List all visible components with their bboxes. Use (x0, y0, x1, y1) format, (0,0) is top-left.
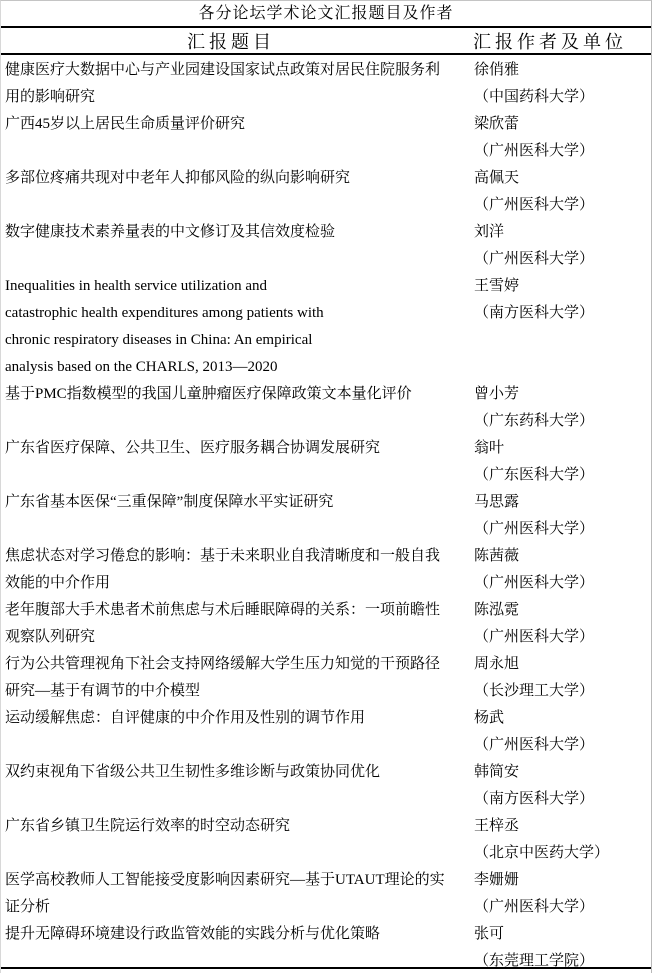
paper-title-line: catastrophic health expenditures among p… (5, 300, 453, 327)
author-name: 韩简安 (474, 759, 651, 786)
table-row: 多部位疼痛共现对中老年人抑郁风险的纵向影响研究高佩天（广州医科大学） (1, 165, 651, 219)
paper-title-line: 广东省医疗保障、公共卫生、医疗服务耦合协调发展研究 (5, 435, 453, 462)
paper-title: 广东省乡镇卫生院运行效率的时空动态研究 (1, 813, 461, 867)
paper-title: 焦虑状态对学习倦怠的影响：基于未来职业自我清晰度和一般自我效能的中介作用 (1, 543, 461, 597)
paper-title-line: 行为公共管理视角下社会支持网络缓解大学生压力知觉的干预路径 (5, 651, 453, 678)
author-name: 李姗姗 (474, 867, 651, 894)
author-affiliation: （广州医科大学） (474, 246, 651, 273)
author-affiliation: （东莞理工学院） (474, 948, 651, 973)
author-name: 曾小芳 (474, 381, 651, 408)
author-cell: 杨武（广州医科大学） (461, 705, 651, 759)
paper-title-line: analysis based on the CHARLS, 2013—2020 (5, 354, 453, 381)
paper-title-line: 运动缓解焦虑：自评健康的中介作用及性别的调节作用 (5, 705, 453, 732)
author-cell: 王雪婷（南方医科大学） (461, 273, 651, 381)
paper-title: 健康医疗大数据中心与产业园建设国家试点政策对居民住院服务利用的影响研究 (1, 57, 461, 111)
author-cell: 梁欣蕾（广州医科大学） (461, 111, 651, 165)
table-row: Inequalities in health service utilizati… (1, 273, 651, 381)
paper-title: 双约束视角下省级公共卫生韧性多维诊断与政策协同优化 (1, 759, 461, 813)
author-cell: 徐俏雅（中国药科大学） (461, 57, 651, 111)
author-cell: 马思露（广州医科大学） (461, 489, 651, 543)
paper-title-line: 观察队列研究 (5, 624, 453, 651)
paper-title: 基于PMC指数模型的我国儿童肿瘤医疗保障政策文本量化评价 (1, 381, 461, 435)
paper-title: Inequalities in health service utilizati… (1, 273, 461, 381)
paper-title-line: 医学高校教师人工智能接受度影响因素研究—基于UTAUT理论的实 (5, 867, 453, 894)
paper-title-line: 广东省基本医保“三重保障”制度保障水平实证研究 (5, 489, 453, 516)
paper-title: 老年腹部大手术患者术前焦虑与术后睡眠障碍的关系：一项前瞻性观察队列研究 (1, 597, 461, 651)
author-cell: 韩简安（南方医科大学） (461, 759, 651, 813)
table-caption: 各分论坛学术论文汇报题目及作者 (1, 1, 651, 28)
table-header-row: 汇报题目 汇报作者及单位 (1, 28, 651, 55)
table-row: 老年腹部大手术患者术前焦虑与术后睡眠障碍的关系：一项前瞻性观察队列研究陈泓霓（广… (1, 597, 651, 651)
table-row: 广东省医疗保障、公共卫生、医疗服务耦合协调发展研究翁叶（广东医科大学） (1, 435, 651, 489)
author-affiliation: （广州医科大学） (474, 192, 651, 219)
table-row: 健康医疗大数据中心与产业园建设国家试点政策对居民住院服务利用的影响研究徐俏雅（中… (1, 57, 651, 111)
author-affiliation: （北京中医药大学） (474, 840, 651, 867)
table-row: 医学高校教师人工智能接受度影响因素研究—基于UTAUT理论的实证分析李姗姗（广州… (1, 867, 651, 921)
paper-title-line: 多部位疼痛共现对中老年人抑郁风险的纵向影响研究 (5, 165, 453, 192)
author-affiliation: （南方医科大学） (474, 786, 651, 813)
paper-title-line: 广西45岁以上居民生命质量评价研究 (5, 111, 453, 138)
paper-title-line: 提升无障碍环境建设行政监管效能的实践分析与优化策略 (5, 921, 453, 948)
author-affiliation: （广州医科大学） (474, 624, 651, 651)
table-row: 运动缓解焦虑：自评健康的中介作用及性别的调节作用杨武（广州医科大学） (1, 705, 651, 759)
author-cell: 陈茜薇（广州医科大学） (461, 543, 651, 597)
author-affiliation: （广东药科大学） (474, 408, 651, 435)
table-row: 广东省基本医保“三重保障”制度保障水平实证研究马思露（广州医科大学） (1, 489, 651, 543)
author-affiliation: （南方医科大学） (474, 300, 651, 327)
author-name: 陈茜薇 (474, 543, 651, 570)
author-affiliation: （广州医科大学） (474, 516, 651, 543)
paper-title: 行为公共管理视角下社会支持网络缓解大学生压力知觉的干预路径研究—基于有调节的中介… (1, 651, 461, 705)
paper-title-line: 双约束视角下省级公共卫生韧性多维诊断与政策协同优化 (5, 759, 453, 786)
author-cell: 王梓丞（北京中医药大学） (461, 813, 651, 867)
paper-title-line: 证分析 (5, 894, 453, 921)
author-affiliation: （广州医科大学） (474, 570, 651, 597)
author-cell: 高佩天（广州医科大学） (461, 165, 651, 219)
author-cell: 刘洋（广州医科大学） (461, 219, 651, 273)
paper-title: 数字健康技术素养量表的中文修订及其信效度检验 (1, 219, 461, 273)
author-affiliation: （广州医科大学） (474, 732, 651, 759)
table-row: 行为公共管理视角下社会支持网络缓解大学生压力知觉的干预路径研究—基于有调节的中介… (1, 651, 651, 705)
table-bottom-rule (1, 967, 651, 969)
author-name: 陈泓霓 (474, 597, 651, 624)
paper-title-line: 健康医疗大数据中心与产业园建设国家试点政策对居民住院服务利 (5, 57, 453, 84)
author-affiliation: （中国药科大学） (474, 84, 651, 111)
paper-title: 提升无障碍环境建设行政监管效能的实践分析与优化策略 (1, 921, 461, 973)
author-name: 王雪婷 (474, 273, 651, 300)
paper-title-line: 老年腹部大手术患者术前焦虑与术后睡眠障碍的关系：一项前瞻性 (5, 597, 453, 624)
paper-title-line: 广东省乡镇卫生院运行效率的时空动态研究 (5, 813, 453, 840)
author-cell: 张可（东莞理工学院） (461, 921, 651, 973)
author-cell: 李姗姗（广州医科大学） (461, 867, 651, 921)
paper-title-line: 数字健康技术素养量表的中文修订及其信效度检验 (5, 219, 453, 246)
author-cell: 陈泓霓（广州医科大学） (461, 597, 651, 651)
table-row: 双约束视角下省级公共卫生韧性多维诊断与政策协同优化韩简安（南方医科大学） (1, 759, 651, 813)
author-name: 杨武 (474, 705, 651, 732)
table-row: 焦虑状态对学习倦怠的影响：基于未来职业自我清晰度和一般自我效能的中介作用陈茜薇（… (1, 543, 651, 597)
paper-title: 运动缓解焦虑：自评健康的中介作用及性别的调节作用 (1, 705, 461, 759)
paper-title: 广东省基本医保“三重保障”制度保障水平实证研究 (1, 489, 461, 543)
author-name: 周永旭 (474, 651, 651, 678)
table-row: 提升无障碍环境建设行政监管效能的实践分析与优化策略张可（东莞理工学院） (1, 921, 651, 973)
table-row: 广西45岁以上居民生命质量评价研究梁欣蕾（广州医科大学） (1, 111, 651, 165)
author-cell: 翁叶（广东医科大学） (461, 435, 651, 489)
header-title-column: 汇报题目 (1, 28, 461, 54)
paper-title-line: 焦虑状态对学习倦怠的影响：基于未来职业自我清晰度和一般自我 (5, 543, 453, 570)
paper-title: 医学高校教师人工智能接受度影响因素研究—基于UTAUT理论的实证分析 (1, 867, 461, 921)
paper-title-line: 用的影响研究 (5, 84, 453, 111)
paper-title-line: chronic respiratory diseases in China: A… (5, 327, 453, 354)
author-name: 徐俏雅 (474, 57, 651, 84)
paper-title: 广西45岁以上居民生命质量评价研究 (1, 111, 461, 165)
author-name: 高佩天 (474, 165, 651, 192)
author-affiliation: （长沙理工大学） (474, 678, 651, 705)
author-name: 刘洋 (474, 219, 651, 246)
author-name: 翁叶 (474, 435, 651, 462)
author-affiliation: （广东医科大学） (474, 462, 651, 489)
table-row: 数字健康技术素养量表的中文修订及其信效度检验刘洋（广州医科大学） (1, 219, 651, 273)
table-body: 健康医疗大数据中心与产业园建设国家试点政策对居民住院服务利用的影响研究徐俏雅（中… (1, 55, 651, 973)
paper-title: 广东省医疗保障、公共卫生、医疗服务耦合协调发展研究 (1, 435, 461, 489)
paper-title-line: Inequalities in health service utilizati… (5, 273, 453, 300)
table-row: 广东省乡镇卫生院运行效率的时空动态研究王梓丞（北京中医药大学） (1, 813, 651, 867)
paper-title-line: 基于PMC指数模型的我国儿童肿瘤医疗保障政策文本量化评价 (5, 381, 453, 408)
author-cell: 曾小芳（广东药科大学） (461, 381, 651, 435)
author-cell: 周永旭（长沙理工大学） (461, 651, 651, 705)
author-affiliation: （广州医科大学） (474, 894, 651, 921)
paper-title: 多部位疼痛共现对中老年人抑郁风险的纵向影响研究 (1, 165, 461, 219)
header-author-column: 汇报作者及单位 (461, 28, 651, 54)
document-page: 各分论坛学术论文汇报题目及作者 汇报题目 汇报作者及单位 健康医疗大数据中心与产… (0, 0, 652, 973)
paper-title-line: 效能的中介作用 (5, 570, 453, 597)
author-name: 王梓丞 (474, 813, 651, 840)
author-name: 马思露 (474, 489, 651, 516)
author-name: 梁欣蕾 (474, 111, 651, 138)
author-affiliation: （广州医科大学） (474, 138, 651, 165)
paper-title-line: 研究—基于有调节的中介模型 (5, 678, 453, 705)
table-row: 基于PMC指数模型的我国儿童肿瘤医疗保障政策文本量化评价曾小芳（广东药科大学） (1, 381, 651, 435)
author-name: 张可 (474, 921, 651, 948)
